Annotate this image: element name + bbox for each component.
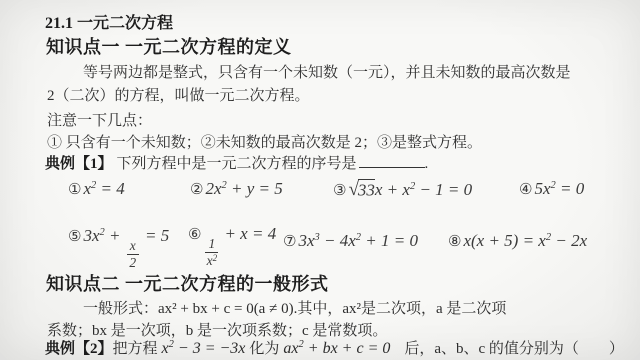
page-title: 21.1 一元二次方程 <box>45 10 173 33</box>
equation-3: ③√33x + x2 − 1 = 0 <box>333 179 472 201</box>
math-text: − 4x <box>320 231 356 250</box>
radicand: 33 <box>358 179 375 200</box>
math-text: + 1 = 0 <box>361 231 418 250</box>
fraction-numerator: x <box>127 239 139 255</box>
math-text: ax <box>283 340 298 357</box>
math-text: + <box>105 226 125 245</box>
math-text: = 0 <box>556 179 584 198</box>
section2-heading: 知识点二 一元二次方程的一般形式 <box>46 270 329 296</box>
circled-number-8: ⑧ <box>448 232 461 250</box>
math-text: 3x <box>83 226 99 245</box>
general-form-line: 一般形式：ax² + bx + c = 0(a ≠ 0).其中，ax²是二次项，… <box>83 297 506 318</box>
fraction-numerator: 1 <box>205 237 218 253</box>
math-text: + x = 4 <box>220 224 276 243</box>
circled-number-3: ③ <box>333 181 346 199</box>
math-exponent: 2 <box>213 253 218 263</box>
definition-line-1: 等号两边都是整式，只含有一个未知数（一元），并且未知数的最高次数是 <box>83 61 571 82</box>
example2-label: 典例【2】 <box>45 341 113 357</box>
circled-number-1: ① <box>68 180 81 198</box>
equation-2-math: 2x2 + y = 5 <box>205 179 282 198</box>
fraction: x2 <box>127 239 139 270</box>
equation-1-math: x2 = 4 <box>83 179 124 198</box>
example2-equation-1: x2 − 3 = −3x <box>162 340 246 357</box>
math-text: + bx + c = 0 <box>304 340 391 357</box>
example1-label: 典例【1】 <box>45 156 113 172</box>
example2-pre: 把方程 <box>113 341 158 357</box>
example1-line: 典例【1】下列方程中是一元二次方程的序号是. <box>45 152 428 173</box>
fraction-denominator: 2 <box>129 255 136 270</box>
equation-7: ⑦3x3 − 4x2 + 1 = 0 <box>283 231 418 251</box>
example1-question: 下列方程中是一元二次方程的序号是 <box>117 156 357 172</box>
example1-period: . <box>425 156 429 172</box>
fraction: 1x2 <box>205 237 218 268</box>
equation-4: ④5x2 = 0 <box>519 179 584 199</box>
math-text: = 4 <box>96 179 124 198</box>
example2-line: 典例【2】把方程x2 − 3 = −3x化为ax2 + bx + c = 0后，… <box>45 337 624 358</box>
circled-number-7: ⑦ <box>283 232 296 250</box>
math-text: 3x <box>298 231 314 250</box>
equation-3-math: √33x + x2 − 1 = 0 <box>348 180 472 199</box>
math-text: 2x <box>205 179 221 198</box>
fraction-denominator: x2 <box>207 253 218 268</box>
math-text: 5x <box>534 179 550 198</box>
math-text: − 1 = 0 <box>415 180 472 199</box>
definition-line-2: 2（二次）的方程，叫做一元二次方程。 <box>47 84 310 105</box>
section1-heading: 知识点一 一元二次方程的定义 <box>46 33 292 59</box>
math-text: = 5 <box>141 226 169 245</box>
radical-sign: √ <box>348 179 357 200</box>
equation-7-math: 3x3 − 4x2 + 1 = 0 <box>298 231 418 250</box>
example2-post: 后，a、b、c 的值分别为（ ） <box>404 341 624 357</box>
math-text: x <box>83 179 91 198</box>
math-text: − 3 = −3x <box>174 340 246 357</box>
circled-number-6: ⑥ <box>188 225 201 243</box>
note-line: 注意一下几点： <box>47 109 152 130</box>
math-text: x + x <box>375 180 410 199</box>
circled-number-2: ② <box>190 180 203 198</box>
math-text: + y = 5 <box>227 179 283 198</box>
equation-4-math: 5x2 = 0 <box>534 179 584 198</box>
example2-equation-2: ax2 + bx + c = 0 <box>283 340 390 357</box>
document-page: 21.1 一元二次方程 知识点一 一元二次方程的定义 等号两边都是整式，只含有一… <box>0 0 640 360</box>
equation-5: ⑤3x2 + x2 = 5 <box>68 226 169 270</box>
points-line: ① 只含有一个未知数；②未知数的最高次数是 2；③是整式方程。 <box>47 131 482 152</box>
equation-1: ①x2 = 4 <box>68 179 125 199</box>
math-text: x <box>162 340 169 357</box>
example2-mid: 化为 <box>249 341 279 357</box>
answer-blank <box>359 154 425 168</box>
equation-6-math: 1x2 + x = 4 <box>203 224 276 243</box>
equation-2: ②2x2 + y = 5 <box>190 179 283 199</box>
equation-8-math: x(x + 5) = x2 − 2x <box>463 231 587 250</box>
circled-number-5: ⑤ <box>68 227 81 245</box>
circled-number-4: ④ <box>519 180 532 198</box>
equation-6: ⑥1x2 + x = 4 <box>188 224 276 268</box>
equation-8: ⑧x(x + 5) = x2 − 2x <box>448 231 587 251</box>
equation-5-math: 3x2 + x2 = 5 <box>83 226 169 245</box>
math-text: − 2x <box>551 231 587 250</box>
math-text: x(x + 5) = x <box>463 231 545 250</box>
